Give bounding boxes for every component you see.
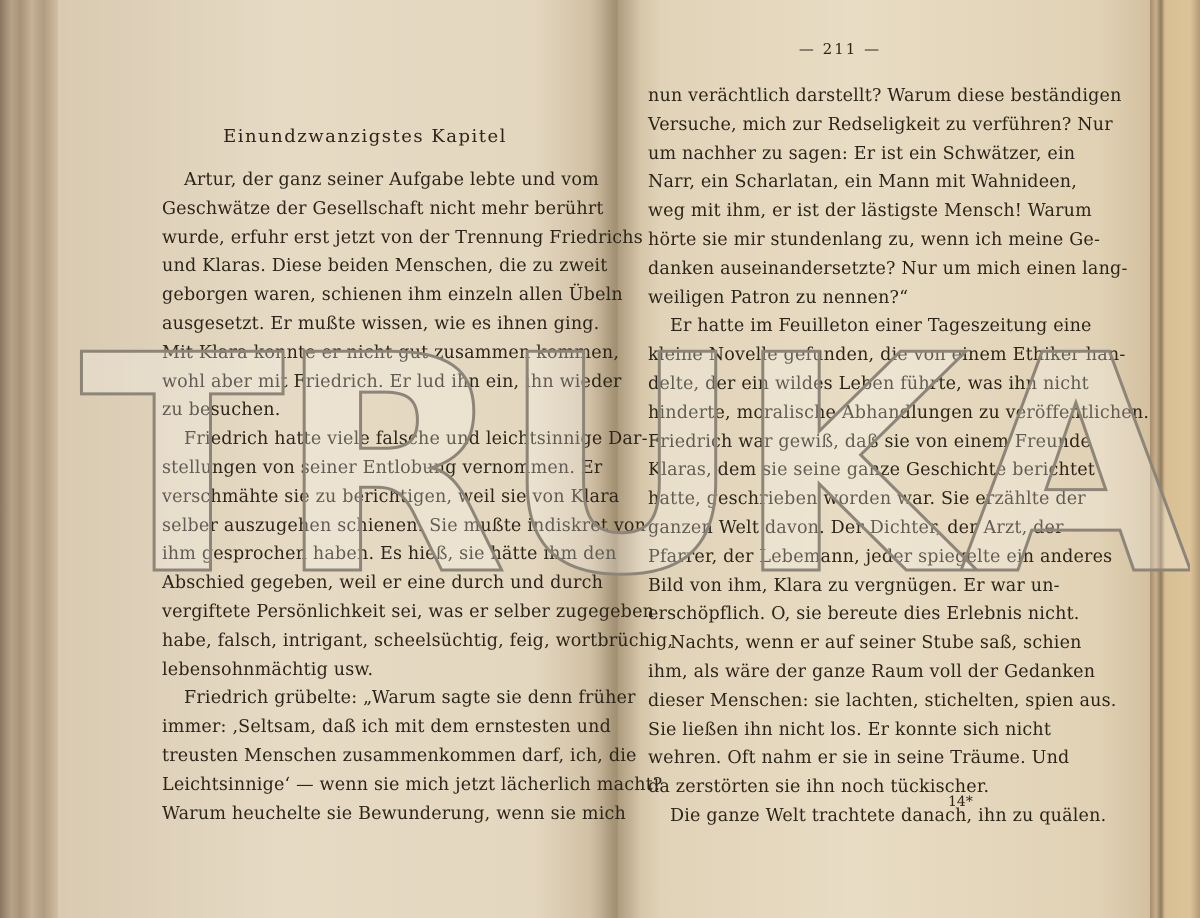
text-line: ihm, als wäre der ganze Raum voll der Ge… (648, 658, 1033, 687)
text-line: Artur, der ganz seiner Aufgabe lebte und… (162, 166, 567, 195)
text-line: danken auseinandersetzte? Nur um mich ei… (648, 255, 1033, 284)
text-line: ganzen Welt davon. Der Dichter, der Arzt… (648, 514, 1033, 543)
text-line: Sie ließen ihn nicht los. Er konnte sich… (648, 716, 1033, 745)
text-line: weiligen Patron zu nennen?“ (648, 284, 1033, 313)
text-line: Friedrich war gewiß, daß sie von einem F… (648, 428, 1033, 457)
text-line: da zerstörten sie ihn noch tückischer. (648, 773, 1033, 802)
text-line: wohl aber mit Friedrich. Er lud ihn ein,… (162, 368, 567, 397)
text-line: kleine Novelle gefunden, die von einem E… (648, 341, 1033, 370)
text-line: nun verächtlich darstellt? Warum diese b… (648, 82, 1033, 111)
text-line: hatte, geschrieben worden war. Sie erzäh… (648, 485, 1033, 514)
text-line: Bild von ihm, Klara zu vergnügen. Er war… (648, 572, 1033, 601)
text-line: zu besuchen. (162, 396, 567, 425)
right-page-body: nun verächtlich darstellt? Warum diese b… (648, 82, 1033, 831)
text-line: hinderte, moralische Abhandlungen zu ver… (648, 399, 1033, 428)
text-line: Versuche, mich zur Redseligkeit zu verfü… (648, 111, 1033, 140)
text-line: ausgesetzt. Er mußte wissen, wie es ihne… (162, 310, 567, 339)
text-line: Nachts, wenn er auf seiner Stube saß, sc… (648, 629, 1033, 658)
text-line: um nachher zu sagen: Er ist ein Schwätze… (648, 140, 1033, 169)
text-line: habe, falsch, intrigant, scheelsüchtig, … (162, 627, 567, 656)
text-line: wurde, erfuhr erst jetzt von der Trennun… (162, 224, 567, 253)
text-line: geborgen waren, schienen ihm einzeln all… (162, 281, 567, 310)
text-line: Mit Klara konnte er nicht gut zusammen k… (162, 339, 567, 368)
page-number: — 211 — (760, 40, 920, 58)
text-line: verschmähte sie zu berichtigen, weil sie… (162, 483, 567, 512)
left-page-edges (0, 0, 58, 918)
left-page-body: Artur, der ganz seiner Aufgabe lebte und… (162, 166, 567, 828)
text-line: Klaras, dem sie seine ganze Geschichte b… (648, 456, 1033, 485)
text-line: vergiftete Persönlichkeit sei, was er se… (162, 598, 567, 627)
text-line: Pfarrer, der Lebemann, jeder spiegelte e… (648, 543, 1033, 572)
text-line: stellungen von seiner Entlobung vernomme… (162, 454, 567, 483)
signature-mark: 14* (948, 794, 973, 810)
text-line: Er hatte im Feuilleton einer Tageszeitun… (648, 312, 1033, 341)
chapter-title: Einundzwanzigstes Kapitel (160, 126, 570, 147)
text-line: erschöpflich. O, sie bereute dies Erlebn… (648, 600, 1033, 629)
text-line: Die ganze Welt trachtete danach, ihn zu … (648, 802, 1033, 831)
text-line: Friedrich hatte viele falsche und leicht… (162, 425, 567, 454)
text-line: ihm gesprochen haben. Es hieß, sie hätte… (162, 540, 567, 569)
text-line: Abschied gegeben, weil er eine durch und… (162, 569, 567, 598)
text-line: Warum heuchelte sie Bewunderung, wenn si… (162, 800, 567, 829)
text-line: dieser Menschen: sie lachten, stichelten… (648, 687, 1033, 716)
text-line: Leichtsinnige‘ — wenn sie mich jetzt läc… (162, 771, 567, 800)
open-book: Einundzwanzigstes Kapitel Artur, der gan… (0, 0, 1200, 918)
text-line: treusten Menschen zusammenkommen darf, i… (162, 742, 567, 771)
text-line: immer: ‚Seltsam, daß ich mit dem ernstes… (162, 713, 567, 742)
text-line: Friedrich grübelte: „Warum sagte sie den… (162, 684, 567, 713)
right-page-edges (1150, 0, 1200, 918)
text-line: selber auszugehen schienen. Sie mußte in… (162, 512, 567, 541)
text-line: Narr, ein Scharlatan, ein Mann mit Wahni… (648, 168, 1033, 197)
text-line: wehren. Oft nahm er sie in seine Träume.… (648, 744, 1033, 773)
text-line: delte, der ein wildes Leben führte, was … (648, 370, 1033, 399)
text-line: Geschwätze der Gesellschaft nicht mehr b… (162, 195, 567, 224)
text-line: und Klaras. Diese beiden Menschen, die z… (162, 252, 567, 281)
text-line: hörte sie mir stundenlang zu, wenn ich m… (648, 226, 1033, 255)
text-line: weg mit ihm, er ist der lästigste Mensch… (648, 197, 1033, 226)
text-line: lebensohnmächtig usw. (162, 656, 567, 685)
